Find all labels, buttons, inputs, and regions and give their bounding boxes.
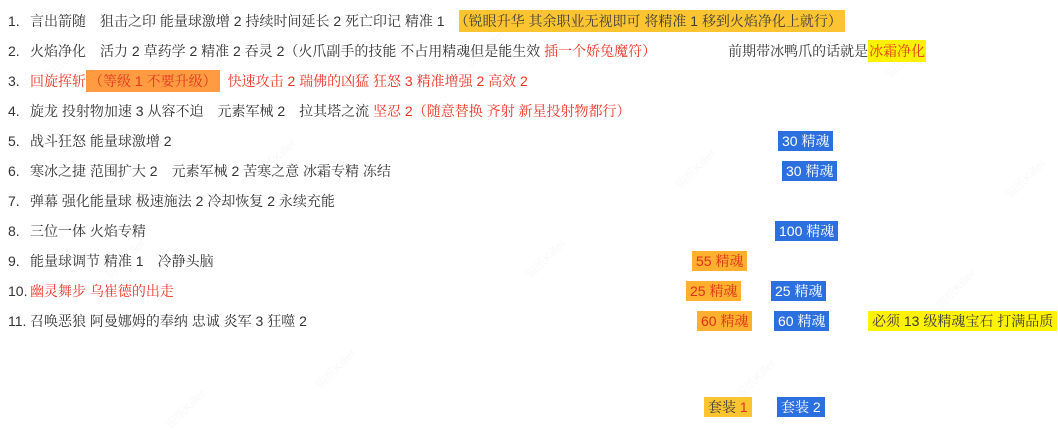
item-number: 2. [8, 36, 30, 66]
soul-cost-badge: 30 精魂 [782, 161, 837, 181]
set-badge-row: 套装 1套装 2 [0, 397, 1058, 421]
soul-cost-badge: 60 精魂 [697, 311, 752, 331]
text-segment: 寒冰之捷 范围扩大 2 元素军械 2 苦寒之意 冰霜专精 冻结 [30, 163, 391, 179]
text-segment: 言出箭随 狙击之印 能量球激增 2 持续时间延长 2 死亡印记 精准 1 [30, 13, 459, 29]
highlighted-text: （等级 1 不要升级） [86, 70, 220, 92]
text-segment: 插一个娇兔魔符） [544, 43, 656, 59]
list-item: 4.旋龙 投射物加速 3 从容不迫 元素军械 2 拉其塔之流 坚忍 2（随意替换… [0, 96, 1058, 126]
set-badge: 套装 1 [704, 397, 752, 417]
text-segment: 坚忍 2（随意替换 齐射 新星投射物都行） [373, 103, 630, 119]
item-number: 8. [8, 216, 30, 246]
soul-cost-badge: 55 精魂 [692, 251, 747, 271]
text-segment: 回旋挥斩 [30, 73, 86, 89]
list-item: 1.言出箭随 狙击之印 能量球激增 2 持续时间延长 2 死亡印记 精准 1 （… [0, 6, 1058, 36]
text-segment: 火焰净化 活力 2 草药学 2 精准 2 吞灵 2（火爪副手的技能 不占用精魂但… [30, 43, 544, 59]
text-segment: 三位一体 火焰专精 [30, 223, 146, 239]
watermark: 锡纸Killer [731, 355, 779, 403]
soul-cost-badge: 25 精魂 [686, 281, 741, 301]
soul-cost-badge: 30 精魂 [778, 131, 833, 151]
list-item: 8.三位一体 火焰专精100 精魂 [0, 216, 1058, 246]
soul-cost-badge: 100 精魂 [775, 221, 838, 241]
soul-cost-badge: 60 精魂 [774, 311, 829, 331]
item-number: 4. [8, 96, 30, 126]
watermark: 锡纸Killer [311, 345, 359, 393]
item-number: 9. [8, 246, 30, 276]
text-segment: 旋龙 投射物加速 3 从容不迫 元素军械 2 拉其塔之流 [30, 103, 373, 119]
item-number: 11. [8, 306, 30, 336]
text-segment: 前期带冰鸭爪的话就是 [728, 43, 868, 59]
highlighted-text: （锐眼升华 其余职业无视即可 将精准 1 移到火焰净化上就行） [459, 10, 845, 32]
list-item: 6.寒冰之捷 范围扩大 2 元素军械 2 苦寒之意 冰霜专精 冻结30 精魂 [0, 156, 1058, 186]
soul-cost-badge: 25 精魂 [771, 281, 826, 301]
highlighted-text: 冰霜净化 [868, 40, 926, 62]
text-segment: 能量球调节 精准 1 冷静头脑 [30, 253, 214, 269]
item-number: 3. [8, 66, 30, 96]
item-number: 1. [8, 6, 30, 36]
note-highlight: 必须 13 级精魂宝石 打满品质 [868, 311, 1057, 331]
text-segment: 战斗狂怒 能量球激增 2 [30, 133, 172, 149]
list-item: 3.回旋挥斩（等级 1 不要升级）快速攻击 2 瑞佛的凶猛 狂怒 3 精准增强 … [0, 66, 1058, 96]
text-segment: 召唤恶狼 阿曼娜姆的奉纳 忠诚 炎军 3 狂噬 2 [30, 313, 307, 329]
item-number: 10. [8, 276, 30, 306]
notes-page: 锡纸Killer锡纸Killer锡纸Killer锡纸Killer锡纸Killer… [0, 0, 1058, 430]
list-item: 2.火焰净化 活力 2 草药学 2 精准 2 吞灵 2（火爪副手的技能 不占用精… [0, 36, 1058, 66]
list-item: 7.弹幕 强化能量球 极速施法 2 冷却恢复 2 永续充能 [0, 186, 1058, 216]
list-item: 11.召唤恶狼 阿曼娜姆的奉纳 忠诚 炎军 3 狂噬 260 精魂60 精魂必须… [0, 306, 1058, 336]
item-number: 6. [8, 156, 30, 186]
skill-list: 1.言出箭随 狙击之印 能量球激增 2 持续时间延长 2 死亡印记 精准 1 （… [0, 6, 1058, 336]
set-badge-text: 套装 [708, 399, 740, 415]
item-number: 7. [8, 186, 30, 216]
text-segment: 弹幕 强化能量球 极速施法 2 冷却恢复 2 永续充能 [30, 193, 335, 209]
set-badge-text: 1 [740, 399, 748, 415]
text-segment: 快速攻击 2 瑞佛的凶猛 狂怒 3 精准增强 2 高效 2 [228, 73, 528, 89]
list-item: 5.战斗狂怒 能量球激增 230 精魂 [0, 126, 1058, 156]
set-badge: 套装 2 [777, 397, 825, 417]
list-item: 10.幽灵舞步 乌崔德的出走25 精魂25 精魂 [0, 276, 1058, 306]
item-number: 5. [8, 126, 30, 156]
text-segment: 幽灵舞步 乌崔德的出走 [30, 283, 174, 299]
list-item: 9.能量球调节 精准 1 冷静头脑55 精魂 [0, 246, 1058, 276]
